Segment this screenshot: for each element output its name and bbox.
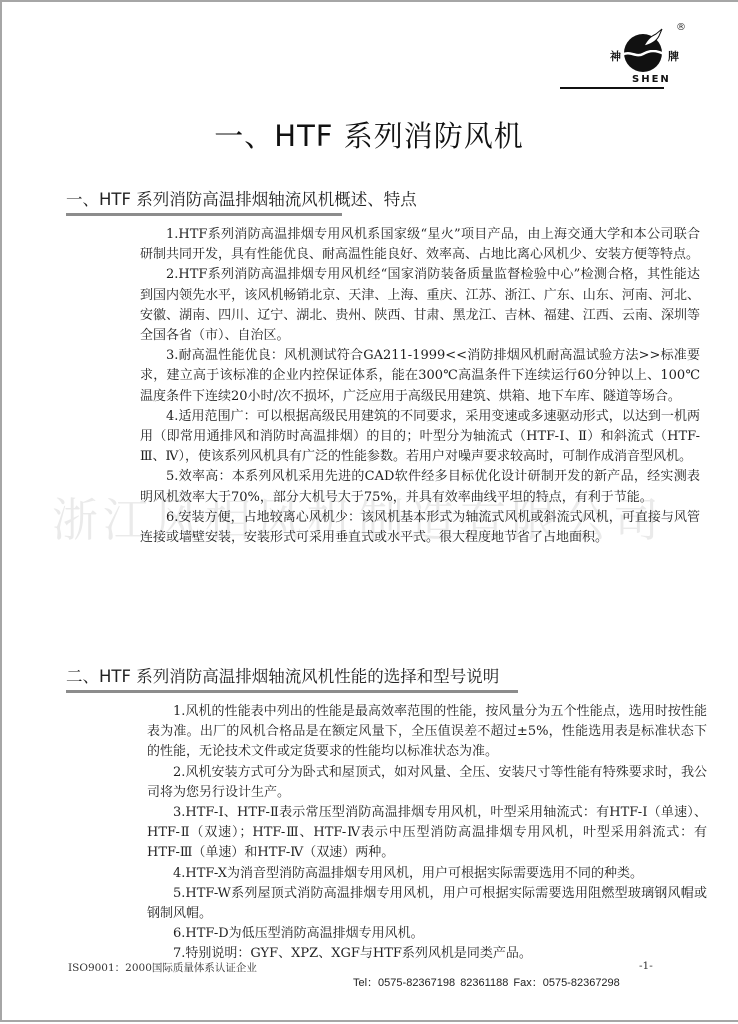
logo-bird-icon — [642, 28, 664, 48]
paragraph: 1.风机的性能表中列出的性能是最高效率范围的性能，按风量分为五个性能点，选用时按… — [147, 702, 707, 763]
registered-mark: ® — [676, 22, 686, 33]
paragraph: 5.HTF-W系列屋顶式消防高温排烟专用风机，用户可根据实际需要选用阻燃型玻璃钢… — [147, 884, 707, 924]
paragraph: 4.HTF-X为消音型消防高温排烟专用风机，用户可根据实际需要选用不同的种类。 — [147, 864, 707, 884]
logo-wave-icon — [622, 50, 664, 58]
section-overview-body: 1.HTF系列消防高温排烟专用风机系国家级“星火”项目产品，由上海交通大学和本公… — [140, 225, 700, 548]
shen-brand-logo: ® 神 牌 SHEN — [598, 24, 674, 90]
paragraph: 4.适用范围广：可以根据高级民用建筑的不同要求，采用变速或多速驱动形式，以达到一… — [140, 407, 700, 468]
paragraph: 5.效率高：本系列风机采用先进的CAD软件经多目标优化设计研制开发的新产品，经实… — [140, 467, 700, 507]
paragraph: 6.安装方便，占地较离心风机少：该风机基本形式为轴流式风机或斜流式风机，可直接与… — [140, 508, 700, 548]
paragraph: 2.HTF系列消防高温排烟专用风机经“国家消防装备质量监督检验中心”检测合格，其… — [140, 265, 700, 346]
paragraph: 3.HTF-Ⅰ、HTF-Ⅱ表示常压型消防高温排烟专用风机，叶型采用轴流式：有HT… — [147, 803, 707, 864]
logo-wordmark: SHEN — [632, 74, 671, 85]
paragraph: 2.风机安装方式可分为卧式和屋顶式，如对风量、全压、安装尺寸等性能有特殊要求时，… — [147, 763, 707, 803]
header-rule — [560, 87, 664, 89]
paragraph: 6.HTF-D为低压型消防高温排烟专用风机。 — [147, 924, 707, 944]
page-title: 一、HTF 系列消防风机 — [0, 114, 738, 155]
section-heading-overview: 一、HTF 系列消防高温排烟轴流风机概述、特点 — [66, 186, 342, 216]
footer-contact: Tel：0575-82367198 82361188 Fax：0575-8236… — [353, 974, 620, 990]
section-selection-body: 1.风机的性能表中列出的性能是最高效率范围的性能，按风量分为五个性能点，选用时按… — [147, 702, 707, 965]
section-heading-selection: 二、HTF 系列消防高温排烟轴流风机性能的选择和型号说明 — [66, 663, 518, 693]
logo-char-right: 牌 — [668, 48, 679, 64]
page-number: -1- — [639, 960, 653, 972]
paragraph: 1.HTF系列消防高温排烟专用风机系国家级“星火”项目产品，由上海交通大学和本公… — [140, 225, 700, 265]
logo-char-left: 神 — [610, 48, 621, 64]
paragraph: 3.耐高温性能优良：风机测试符合GA211-1999<<消防排烟风机耐高温试验方… — [140, 346, 700, 407]
footer-certification: ISO9001：2000国际质量体系认证企业 — [68, 960, 257, 975]
